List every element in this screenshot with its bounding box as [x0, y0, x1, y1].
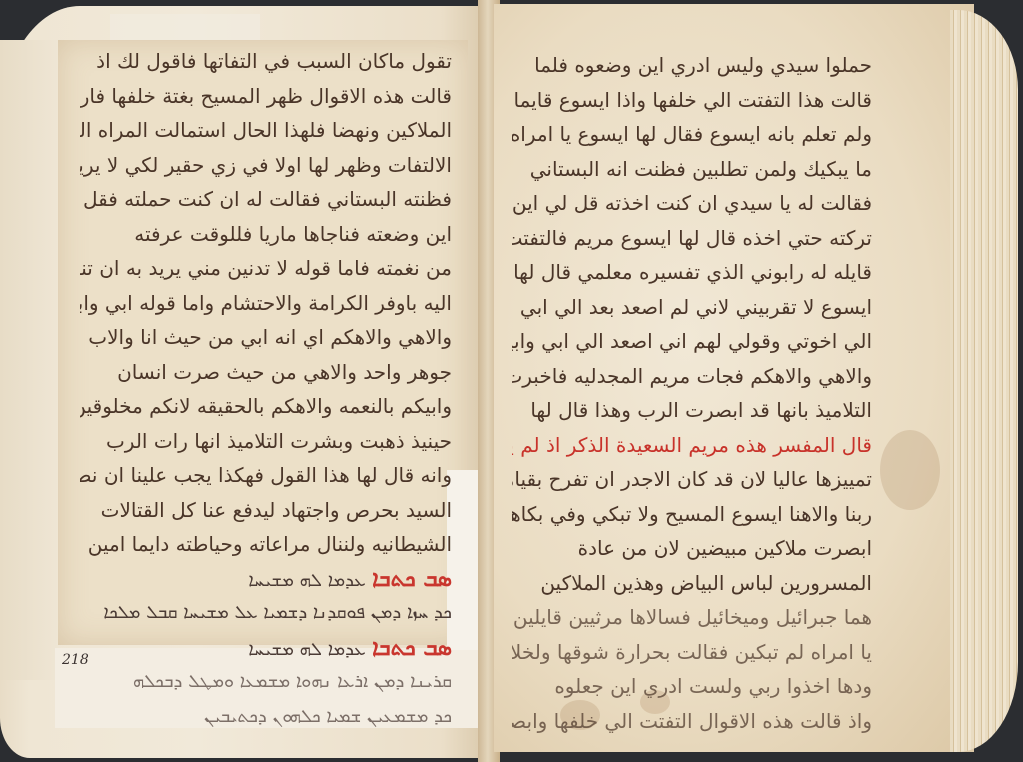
syriac-text: ܥܕܡܐ ܠܗ ܡܫܝܚܐ — [248, 639, 365, 660]
text-line: الي اخوتي وقولي لهم اني اصعد الي ابي واب… — [512, 324, 872, 359]
text-line: ولم تعلم بانه ايسوع فقال لها ايسوع يا ام… — [512, 117, 872, 152]
text-line: التلاميذ بانها قد ابصرت الرب وهذا قال له… — [512, 393, 872, 428]
left-page-arabic-text: تقول ماكان السبب في التفاتها فاقول لك اذ… — [80, 44, 452, 734]
text-line: وابيكم بالنعمه والاهكم بالحقيقه لانكم مخ… — [80, 389, 452, 424]
text-line: الالتفات وظهر لها اولا في زي حقير لكي لا… — [80, 148, 452, 183]
syriac-line: ܟܕ ܡܫܡܥܝܢ ܫܡܝܐ ܟܠܗܘܢ ܕܟܬܝܒܝܢ — [80, 700, 452, 735]
syriac-line: ܣܒ ܟܬܒܐ ܥܕܡܐ ܠܗ ܡܫܝܚܐ — [80, 562, 452, 597]
text-line: ربنا والاهنا ايسوع المسيح ولا تبكي وفي ب… — [512, 497, 872, 532]
text-line: السيد بحرص واجتهاد ليدفع عنا كل القتالات — [80, 493, 452, 528]
left-page-margin-repair — [0, 40, 60, 680]
text-line: والاهي والاهكم اي انه ابي من حيث انا وال… — [80, 320, 452, 355]
text-line: واذ قالت هذه الاقوال التفتت الي خلفها وا… — [512, 704, 872, 739]
text-line: اليه باوفر الكرامة والاحتشام واما قوله ا… — [80, 286, 452, 321]
text-line: ايسوع لا تقربيني لاني لم اصعد بعد الي اب… — [512, 290, 872, 325]
text-line: تمييزها عاليا لان قد كان الاجدر ان تفرح … — [512, 462, 872, 497]
syriac-rubric: ܣܒ ܟܬܒܐ — [372, 636, 452, 661]
text-line: يا امراه لم تبكين فقالت بحرارة شوقها ولخ… — [512, 635, 872, 670]
text-line: ودها اخذوا ربي ولست ادري اين جعلوه — [512, 669, 872, 704]
text-line: هما جبرائيل وميخائيل فسالاها مرثيين قايل… — [512, 600, 872, 635]
open-manuscript: تقول ماكان السبب في التفاتها فاقول لك اذ… — [0, 0, 1023, 762]
syriac-line: ܣܒ ܟܬܒܐ ܥܕܡܐ ܠܗ ܡܫܝܚܐ — [80, 631, 452, 666]
text-line: قالت هذا التفتت الي خلفها واذا ايسوع قاي… — [512, 83, 872, 118]
syriac-line: ܩܪܝܢܐ ܕܡܢ ܐܪܥܐ ܢܗܘܐ ܡܫܡܥܐ ܘܡܛܠ ܕܒܟܠܗ — [80, 665, 452, 700]
syriac-line: ܟܕ ܚܙܐ ܕܡܢ ܦܘܩܕܢܐ ܕܫܡܝܐ ܥܠ ܡܫܝܚܐ ܩܒܠ ܡܠܟ… — [80, 596, 452, 631]
text-line: المسرورين لباس البياض وهذين الملاكين — [512, 566, 872, 601]
rubric-line: قال المفسر هذه مريم السعيدة الذكر اذ لم … — [512, 428, 872, 463]
text-line: اين وضعته فناجاها ماريا فللوقت عرفته — [80, 217, 452, 252]
text-line: فظنته البستاني فقالت له ان كنت حملته فقل… — [80, 182, 452, 217]
page-fore-edge — [950, 10, 1018, 752]
text-line: حملوا سيدي وليس ادري اين وضعوه فلما — [512, 48, 872, 83]
text-line: الشيطانيه ولننال مراعاته وحياطته دايما ا… — [80, 527, 452, 562]
text-line: تركته حتي اخذه قال لها ايسوع مريم فالتفت… — [512, 221, 872, 256]
text-line: جوهر واحد والاهي من حيث صرت انسان — [80, 355, 452, 390]
text-line: فقالت له يا سيدي ان كنت اخذته قل لي اين — [512, 186, 872, 221]
text-line: تقول ماكان السبب في التفاتها فاقول لك اذ — [80, 44, 452, 79]
text-line: قايله له رابوني الذي تفسيره معلمي قال له… — [512, 255, 872, 290]
syriac-text: ܥܕܡܐ ܠܗ ܡܫܝܚܐ — [248, 570, 365, 591]
syriac-rubric: ܣܒ ܟܬܒܐ — [372, 567, 452, 592]
text-line: من نغمته فاما قوله لا تدنين مني يريد به … — [80, 251, 452, 286]
text-line: الملاكين ونهضا فلهذا الحال استمالت المرا… — [80, 113, 452, 148]
text-line: حينيذ ذهبت وبشرت التلاميذ انها رات الرب — [80, 424, 452, 459]
stain — [880, 430, 940, 510]
right-page-arabic-text: حملوا سيدي وليس ادري اين وضعوه فلما قالت… — [512, 48, 872, 738]
folio-number: 218 — [62, 652, 89, 668]
text-line: وانه قال لها هذا القول فهكذا يجب علينا ا… — [80, 458, 452, 493]
text-line: قالت هذه الاقوال ظهر المسيح بغتة خلفها ف… — [80, 79, 452, 114]
text-line: ما يبكيك ولمن تطلبين فظنت انه البستاني — [512, 152, 872, 187]
text-line: والاهي والاهكم فجات مريم المجدليه فاخبرت — [512, 359, 872, 394]
text-line: ابصرت ملاكين مبيضين لان من عادة — [512, 531, 872, 566]
